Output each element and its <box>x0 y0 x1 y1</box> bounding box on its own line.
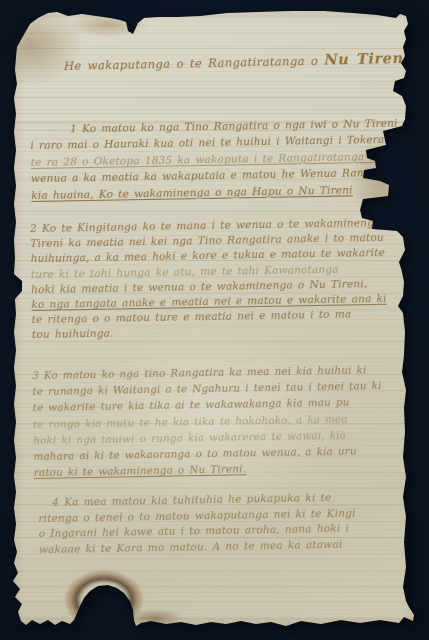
paragraph-3: 3 Ko matou ko nga tino Rangatira ka mea … <box>32 362 396 482</box>
title-text: He wakaputanga o te Rangatiratanga o <box>64 54 319 73</box>
photo-background: He wakaputanga o te Rangatiratanga o Nu … <box>0 0 429 640</box>
title-emphasis: Nu Tireni. <box>324 50 415 69</box>
document-title: He wakaputanga o te Rangatiratanga o Nu … <box>64 51 374 74</box>
burn-hole <box>62 568 146 632</box>
paragraph-2: 2 Ko te Kingitanga ko te mana i te wenua… <box>30 215 406 343</box>
paragraph-4: 4 Ka mea matou kia tuhituhia he pukapuka… <box>38 490 391 559</box>
document-page: He wakaputanga o te Rangatiratanga o Nu … <box>0 0 429 640</box>
paper-shadow-wrap: He wakaputanga o te Rangatiratanga o Nu … <box>0 0 429 640</box>
paragraph-1: 1 Ko matou ko nga Tino Rangatira o nga i… <box>30 115 405 204</box>
